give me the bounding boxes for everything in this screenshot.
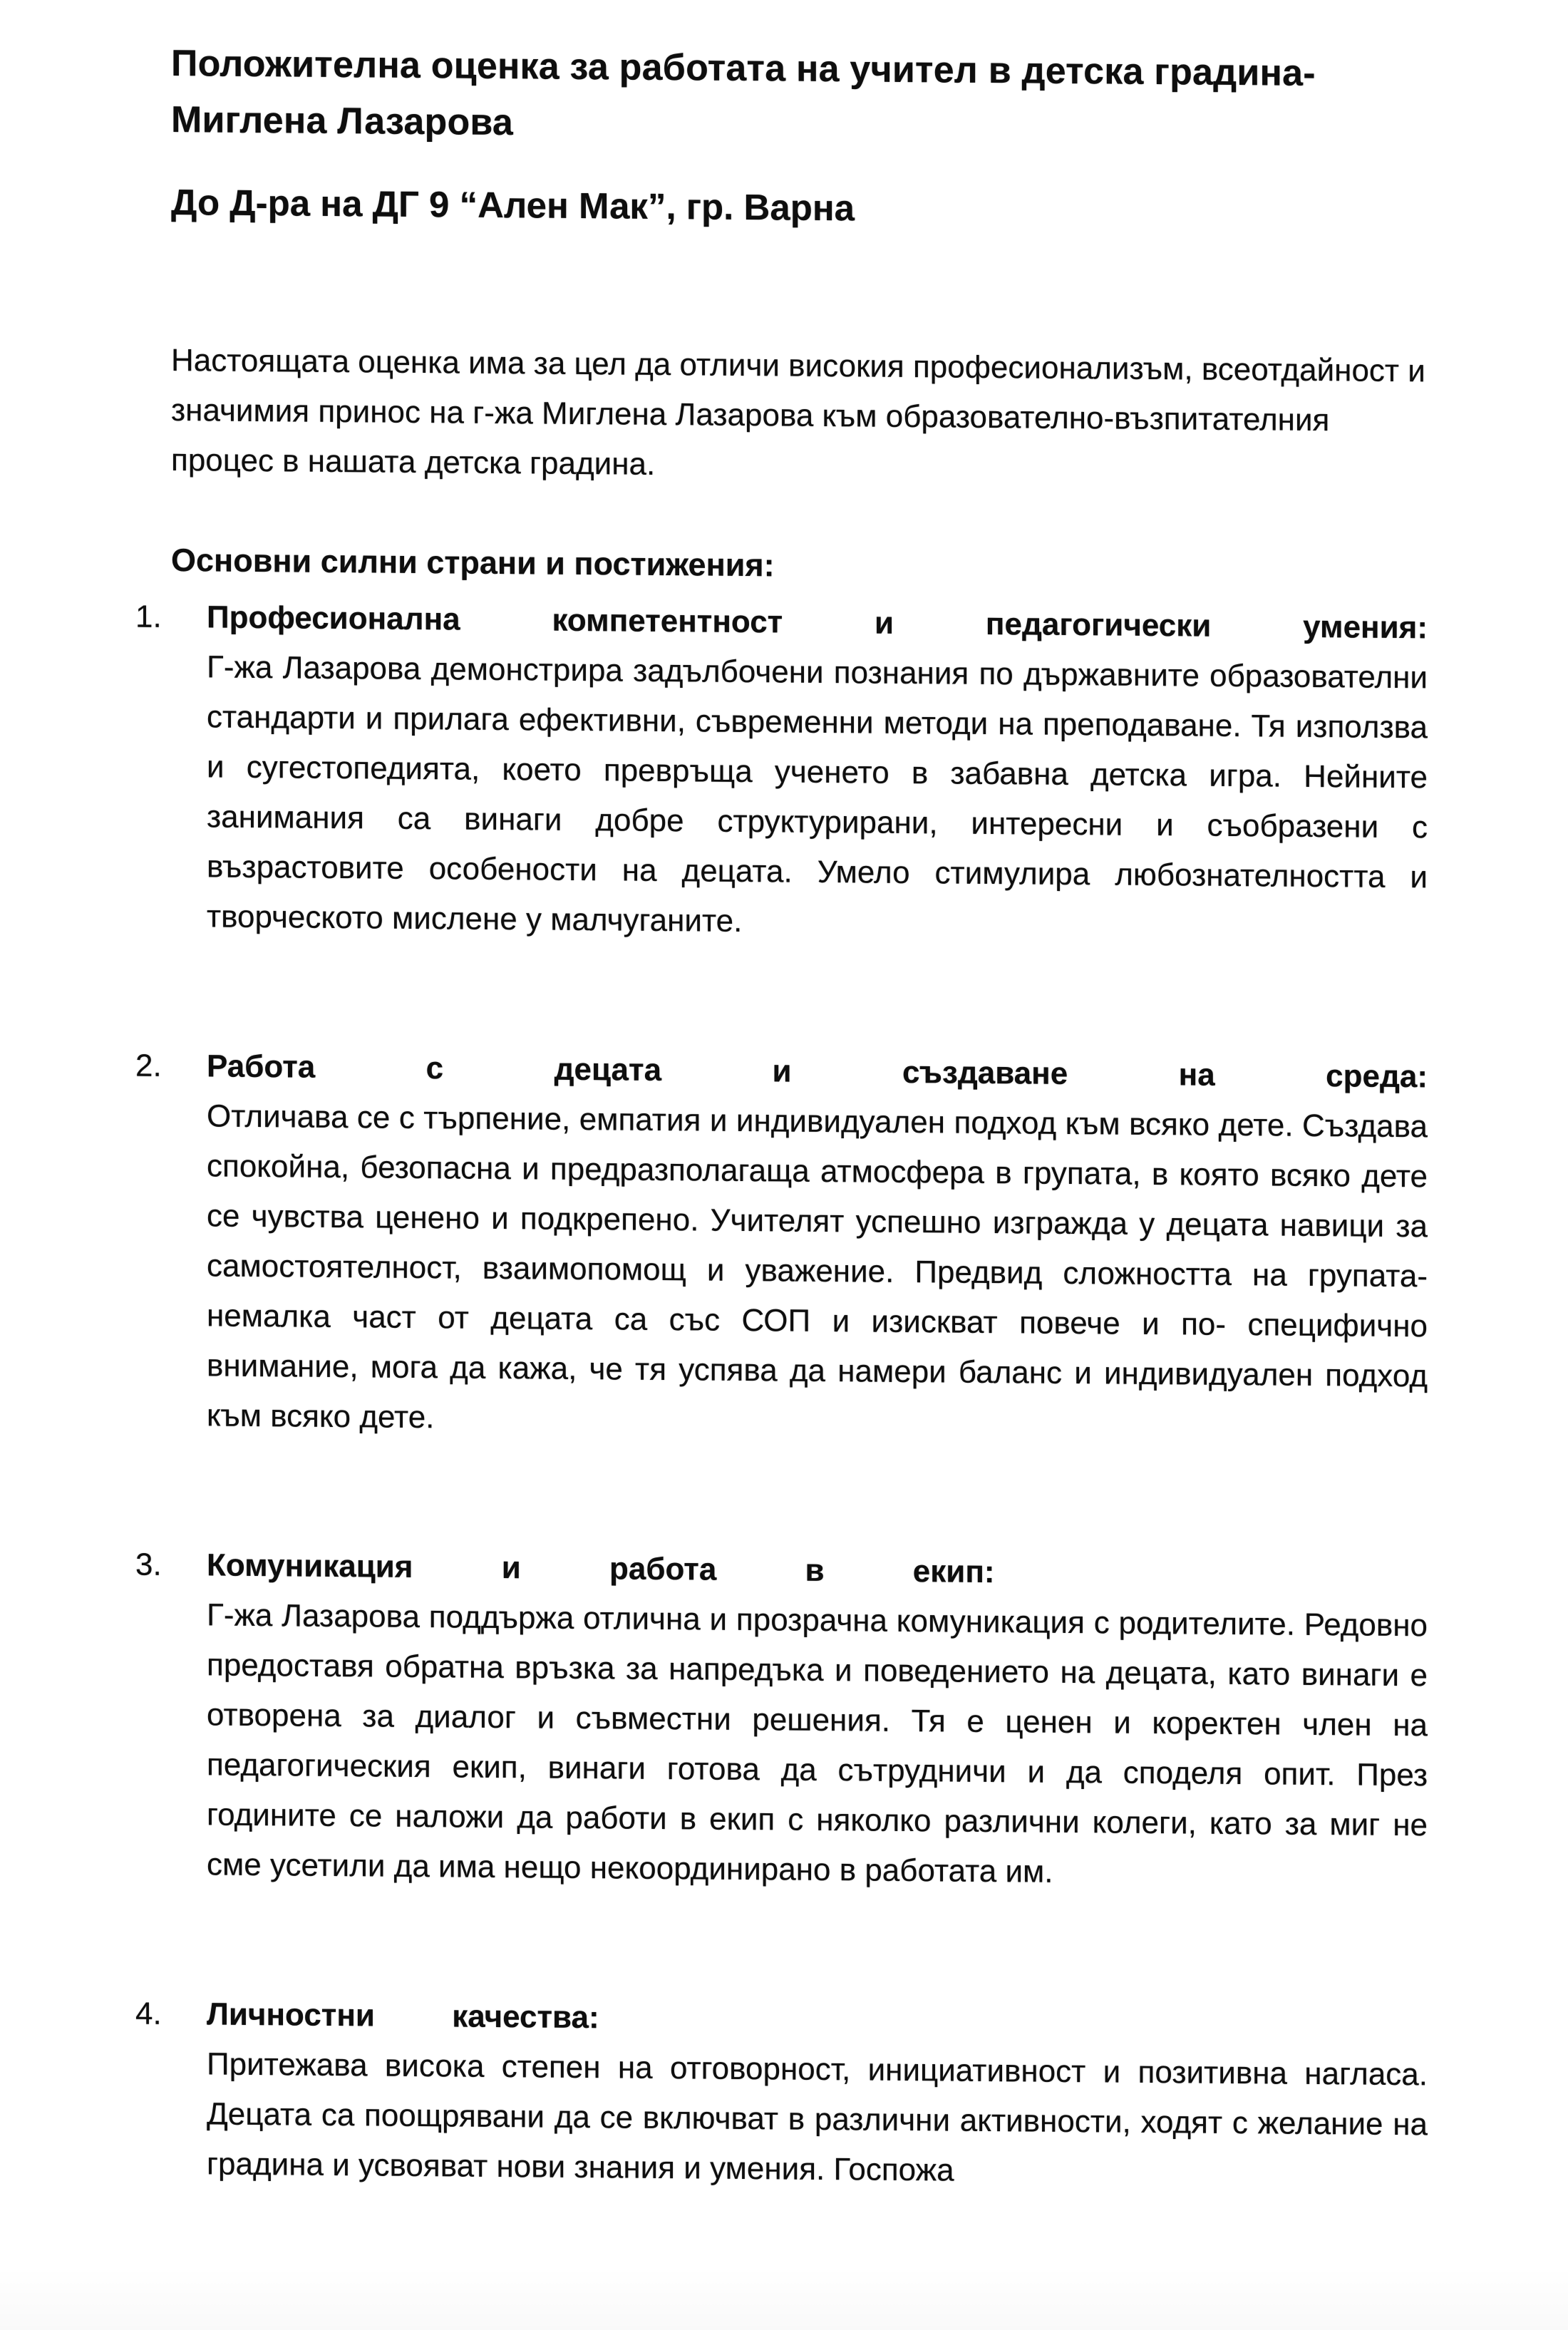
section-heading: Основни силни страни и постижения: <box>171 535 1428 596</box>
list-item-1-body: Г-жа Лазарова демонстрира задълбочени по… <box>207 642 1428 952</box>
list-item-3: 3. Комуникация и работа в екип: Г-жа Лаз… <box>171 1540 1428 1900</box>
list-item-3-body: Г-жа Лазарова поддържа отлична и прозрач… <box>207 1590 1428 1900</box>
document-addressee: До Д-ра на ДГ 9 “Ален Мак”, гр. Варна <box>171 174 1428 241</box>
list-item-2-body: Отличава се с търпение, емпатия и индиви… <box>207 1091 1428 1451</box>
list-item-4-number: 4. <box>135 1989 162 2039</box>
list-item-2: 2. Работа с децата и създаване на среда:… <box>171 1041 1428 1451</box>
intro-paragraph: Настоящата оценка има за цел да отличи в… <box>171 336 1428 496</box>
scanner-shadow <box>0 2266 1568 2330</box>
document-title: Положителна оценка за работата на учител… <box>171 36 1428 159</box>
list-item-1: 1. Професионална компетентност и педагог… <box>171 592 1428 952</box>
list-item-2-number: 2. <box>135 1041 162 1091</box>
document-page: Положителна оценка за работата на учител… <box>0 0 1568 2330</box>
strengths-list: 1. Професионална компетентност и педагог… <box>171 592 1428 2200</box>
document-content: Положителна оценка за работата на учител… <box>171 36 1428 2200</box>
list-item-1-number: 1. <box>135 592 162 642</box>
list-item-3-number: 3. <box>135 1540 162 1590</box>
list-item-4: 4. Личностни качества: Притежава висока … <box>171 1989 1428 2200</box>
list-item-4-body: Притежава висока степен на отговорност, … <box>207 2039 1428 2200</box>
